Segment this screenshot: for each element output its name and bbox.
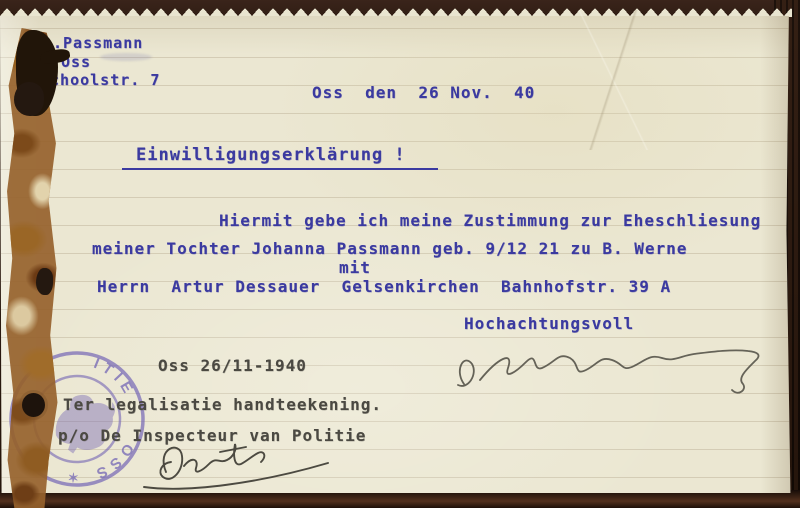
document-heading: Einwilligungserklärung ! [136,145,406,165]
photographed-document: .Passmann Oss schoolstr. 7 Oss den 26 No… [0,0,800,508]
body-line-2: meiner Tochter Johanna Passmann geb. 9/1… [92,239,687,258]
inspector-signature [128,430,343,500]
body-line-4: Herrn Artur Dessauer Gelsenkirchen Bahnh… [97,277,671,296]
body-line-1: Hiermit gebe ich meine Zustimmung zur Eh… [219,211,761,230]
punch-hole [22,393,45,417]
passmann-signature [446,328,776,400]
heading-underline [122,168,438,170]
paper-crease [430,10,796,150]
legalization-line-1: Ter legalisatie handteekening. [63,395,382,414]
burn-hole-middle [36,268,53,295]
date-line: Oss den 26 Nov. 40 [312,83,535,102]
pencil-smudge [100,53,152,61]
body-line-3: mit [339,258,371,277]
legalization-date: Oss 26/11-1940 [158,356,307,375]
sender-street: schoolstr. 7 [40,71,160,89]
